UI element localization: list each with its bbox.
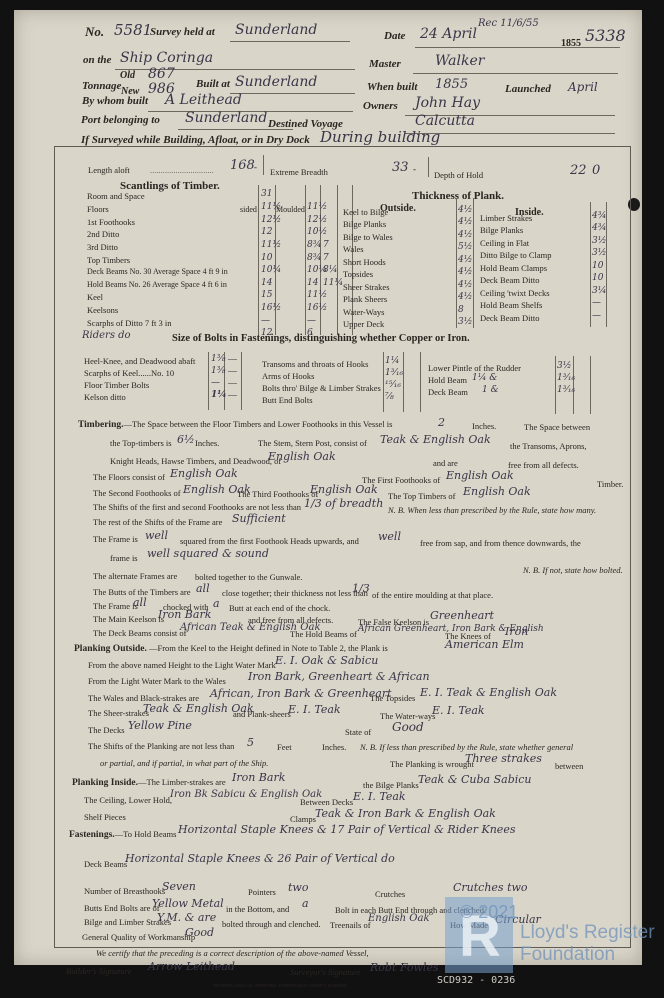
length-feet: 168	[230, 158, 255, 173]
scantling-row: Top Timbers	[87, 255, 130, 265]
bolts-title: Size of Bolts in Fastenings, distinguish…	[172, 333, 470, 344]
depth-label: Depth of Hold	[434, 170, 483, 180]
breadth-label: Extreme Breadth	[270, 167, 328, 177]
inside-row: Ceiling 'twixt Decks	[480, 288, 550, 298]
scantling-row: Room and Space	[87, 191, 145, 201]
surveyor-signature: Robt Fowles	[370, 961, 439, 974]
watermark-copyright: © 2021	[460, 902, 518, 923]
outside-row: Water-Ways	[343, 307, 384, 317]
inside-row: Hold Beam Shelfs	[480, 300, 542, 310]
launched: April	[568, 80, 598, 94]
scantling-row: Keelsons	[87, 305, 118, 315]
length-label: Length aloft	[88, 165, 130, 175]
certification: We certify that the preceding is a corre…	[96, 948, 369, 958]
survey-held-label: Survey held at	[150, 26, 215, 38]
length-inches: -	[254, 162, 257, 172]
outside-row: Sheer Strakes	[343, 282, 390, 292]
surveyed-label: If Surveyed while Building, Afloat, or i…	[81, 134, 310, 146]
scantling-row: Floors	[87, 204, 109, 214]
scantling-row: Keel	[87, 292, 103, 302]
inside-row: Deck Beam Ditto	[480, 313, 539, 323]
inside-row: Limber Strakes	[480, 213, 532, 223]
tonnage-old: 867	[148, 66, 175, 82]
built-at: Sunderland	[235, 74, 317, 90]
scantling-row: 1st Foothooks	[87, 217, 135, 227]
launched-label: Launched	[505, 83, 551, 95]
depth-inches: 0	[592, 163, 600, 178]
no-label: No.	[85, 24, 104, 40]
depth-feet: 22	[570, 163, 587, 178]
survey-number: 5581	[114, 21, 152, 39]
archive-reference: SCD932 - 0236	[437, 975, 515, 986]
outside-row: Topsides	[343, 269, 373, 279]
scantling-row: 3rd Ditto	[87, 242, 118, 252]
outside-row: Bilge Planks	[343, 219, 386, 229]
tonnage-label: Tonnage	[82, 80, 121, 92]
scantling-row: Riders do	[82, 330, 131, 341]
owners-label: Owners	[363, 100, 398, 112]
watermark-org-line1: Lloyd's Register	[520, 922, 655, 944]
scantling-row: 2nd Ditto	[87, 229, 119, 239]
inside-row: Hold Beam Clamps	[480, 263, 547, 273]
outside-row: Bilge to Wales	[343, 232, 393, 242]
outside-row: Keel to Bilge	[343, 207, 388, 217]
scantling-row: Hold Beams No. 26 Average Space 4 ft 6 i…	[87, 280, 227, 289]
reference-number: 5338	[585, 26, 626, 45]
voyage: Calcutta	[415, 113, 475, 129]
scantling-row: Scarphs of Ditto 7 ft 3 in	[87, 318, 172, 328]
built-at-label: Built at	[196, 78, 230, 90]
builder-signature-label: Builder's Signature	[66, 966, 132, 976]
breadth-inches: -	[413, 164, 416, 174]
outside-row: Wales	[343, 244, 364, 254]
sided-label: sided	[240, 205, 257, 214]
survey-location: Sunderland	[235, 22, 317, 38]
outside-row: Upper Deck	[343, 319, 384, 329]
received-annotation: Rec 11/6/55	[478, 18, 539, 29]
survey-date: 24 April	[420, 26, 477, 42]
outside-row: Plank Sheers	[343, 294, 387, 304]
master-label: Master	[369, 58, 401, 70]
plank-title: Thickness of Plank.	[412, 190, 504, 202]
inside-row: Deck Beam Ditto	[480, 275, 539, 285]
old-label: Old	[120, 70, 135, 81]
when-built-label: When built	[367, 81, 417, 93]
inside-row: Ceiling in Flat	[480, 238, 529, 248]
by-whom-built-label: By whom built	[82, 95, 148, 107]
inside-row: Bilge Planks	[480, 225, 523, 235]
port-label: Port belonging to	[81, 114, 160, 126]
builder-name: A Leithead	[165, 92, 242, 108]
builder-signature: Arrow Leithead	[148, 960, 235, 973]
outside-row: Short Hoods	[343, 257, 386, 267]
port: Sunderland	[185, 110, 267, 126]
vessel-name: Ship Coringa	[120, 50, 213, 66]
printer-credit: BRYFANG AND CO., PRINTERS, FARRINGDON ST…	[213, 983, 348, 988]
breadth-feet: 33	[392, 160, 409, 175]
when-built: 1855	[435, 77, 468, 92]
master-name: Walker	[435, 53, 484, 69]
inside-row: Ditto Bilge to Clamp	[480, 250, 552, 260]
date-label: Date	[384, 30, 405, 42]
scantling-row: Deck Beams No. 30 Average Space 4 ft 9 i…	[87, 267, 228, 276]
surveyed-status: During building	[320, 128, 440, 146]
surveyor-signature-label: Surveyor's Signature	[290, 967, 361, 977]
on-the-label: on the	[83, 54, 111, 66]
watermark-org-line2: Foundation	[520, 944, 615, 966]
owners: John Hay	[415, 95, 480, 111]
